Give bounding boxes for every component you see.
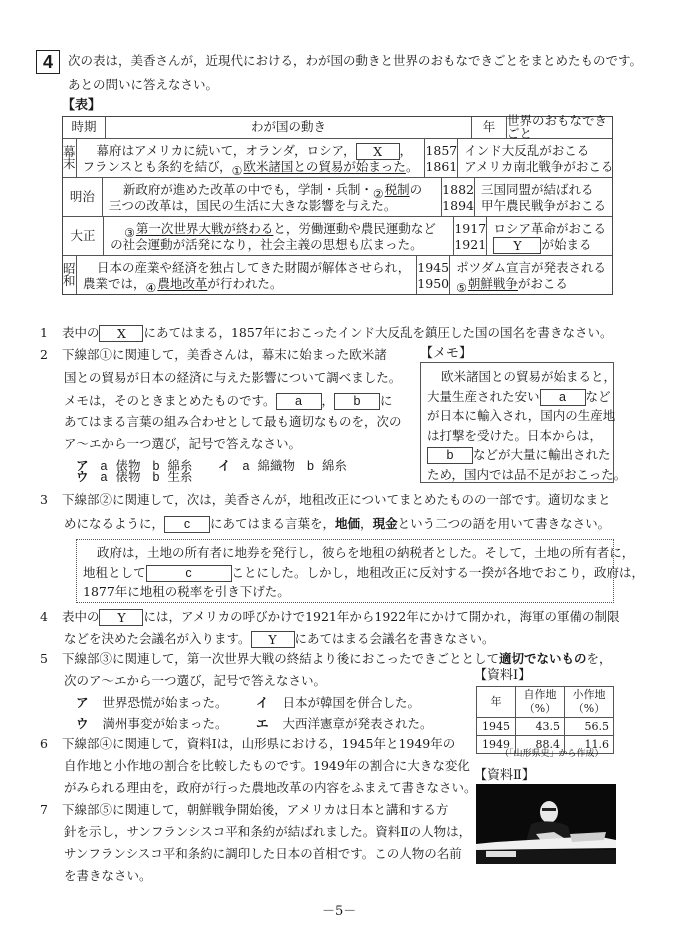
choice-mark: ウ [76, 469, 89, 484]
underline-3: 第一次世界大戦が終わる [136, 221, 274, 236]
header-owner-farmland: 自作地（%） [516, 687, 565, 718]
header-tenant-farmland: 小作地（%） [565, 687, 614, 718]
text: などが大量に輸出された [473, 447, 611, 462]
text: 下線部⑤に関連して，朝鮮戦争開始後，アメリカは日本と講和する方 [62, 802, 448, 817]
text: など [586, 389, 611, 404]
header-world: 世界のおもなできごと [507, 117, 612, 138]
text: 下線部②に関連して，次は，美香さんが，地租改正についてまとめたものの一部です。適… [62, 492, 611, 507]
q-number: 1 [40, 325, 48, 340]
text: 。 [406, 159, 419, 174]
choice-mark: イ [256, 695, 269, 710]
table-row: 1945 43.5 56.5 [477, 718, 614, 736]
year: 1861 [425, 159, 457, 175]
question-2-line-1: 2 下線部①に関連して，美香さんは，幕末に始まった欧米諸 [40, 349, 387, 362]
text: ， [400, 143, 413, 158]
question-2-line-2: 国との貿易が日本の経済に与えた影響について調べました。 [64, 372, 401, 385]
table-row-bakumatsu: 幕末 幕府はアメリカに続いて，オランダ，ロシア，X， フランスとも条約を結び，①… [63, 138, 612, 177]
table-row-showa: 昭和 日本の産業や経済を独占してきた財閥が解体させられ， 農業では，④農地改革が… [63, 255, 612, 294]
blank-c-box: c [164, 516, 210, 533]
blank-c-box: c [146, 565, 232, 582]
intro-line-1: 次の表は，美香さんが，近現代における，わが国の動きと世界のおもなできごとをまとめ… [68, 55, 642, 68]
passage-line: 1877年に地租の税率を引き下げた。 [83, 582, 607, 602]
text: と，労働運動や農民運動など [273, 221, 436, 236]
prime-minister-signing-image [476, 784, 616, 864]
text: 表中の [62, 325, 100, 340]
choice-mark: ア [76, 695, 89, 710]
year: 1921 [454, 237, 486, 253]
q5-choice-u: ウ 満州事変が始まった。 [76, 718, 228, 731]
text: にあてはまる言葉を， [210, 516, 335, 531]
emphasis: 適切でないもの [499, 651, 587, 666]
q-number: 6 [40, 736, 48, 751]
question-4-line-1: 4 表中のYには，アメリカの呼びかけで1921年から1922年にかけて開かれ，海… [40, 609, 619, 626]
underline-4: 農地改革 [157, 276, 207, 291]
header-period: 時期 [63, 117, 106, 138]
year: 1857 [425, 143, 457, 159]
memo-box: 欧米諸国との貿易が始まると， 大量生産された安いaなど が日本に輸入され，国内の… [420, 362, 614, 483]
blank-x-box: X [99, 325, 143, 342]
label: a [101, 470, 108, 484]
q5-choice-a: ア 世界恐慌が始まった。 [76, 697, 228, 710]
world-event: ポツダム宣言が発表される [456, 260, 606, 276]
text: フランスとも条約を結び， [83, 159, 232, 174]
text: に [380, 393, 393, 408]
q-number: 7 [40, 802, 48, 817]
marker-1: ① [232, 164, 243, 178]
question-3-line-1: 3 下線部②に関連して，次は，美香さんが，地租改正についてまとめたものの一部です… [40, 494, 610, 507]
value: 俵物 [115, 469, 140, 484]
memo-line: が日本に輸入され，国内の生産地 [427, 406, 607, 426]
history-table: 時期 わが国の動き 年 世界のおもなできごと 幕末 幕府はアメリカに続いて，オラ… [62, 116, 613, 295]
q-number: 4 [40, 609, 48, 624]
text: メモは，そのときまとめたものです。 [64, 393, 276, 408]
year-cell: 1945 1950 [417, 256, 450, 294]
year: 1945 [417, 260, 449, 276]
world-cell: ポツダム宣言が発表される ⑤朝鮮戦争がおこる [450, 256, 612, 294]
question-7-line-1: 7 下線部⑤に関連して，朝鮮戦争開始後，アメリカは日本と講和する方 [40, 804, 448, 817]
label: a [243, 459, 250, 473]
header-year: 年 [472, 117, 507, 138]
text: 地租として [83, 565, 146, 580]
underline-1: 欧米諸国との貿易が始まった [243, 159, 406, 174]
text: 新政府が進めた改革の中でも，学制・兵制・ [123, 182, 373, 197]
label: b [307, 459, 314, 473]
marker-5: ⑤ [456, 281, 467, 295]
blank-y-box: Y [99, 609, 143, 626]
q2-choice-i: イ a 綿織物 b 綿糸 [218, 460, 347, 473]
resource-2-photo [476, 784, 616, 864]
text: 下線部①に関連して，美香さんは，幕末に始まった欧米諸 [62, 347, 387, 362]
text: の社会運動が活発になり，社会主義の思想も広まった。 [110, 237, 447, 253]
marker-2: ② [373, 187, 384, 201]
value: 綿織物 [257, 458, 295, 473]
text: を， [586, 651, 611, 666]
owner-cell: 43.5 [516, 718, 565, 736]
year-cell: 1882 1894 [442, 178, 475, 216]
choice-text: 大西洋憲章が発表された。 [283, 716, 433, 731]
header-domestic: わが国の動き [106, 117, 472, 138]
passage-line: 政府は，土地の所有者に地券を発行し，彼らを地租の納税者とした。そして，土地の所有… [83, 543, 607, 563]
header-unit: （%） [520, 702, 560, 716]
blank-b-box: b [334, 393, 380, 410]
blank-y-box: Y [493, 237, 541, 254]
choice-text: 満州事変が始まった。 [103, 716, 228, 731]
year: 1894 [442, 198, 474, 214]
world-event: ロシア革命がおこる [493, 221, 606, 237]
table-header-row: 時期 わが国の動き 年 世界のおもなできごと [63, 117, 612, 138]
question-6-line-2: 自作地と小作地の割合を比較したものです。1949年の割合に大きな変化 [64, 760, 470, 773]
text: の [410, 182, 423, 197]
question-5-line-2: 次のア～エから一つ選び，記号で答えなさい。 [64, 675, 326, 688]
text: が行われた。 [207, 276, 282, 291]
tenant-cell: 56.5 [565, 718, 614, 736]
header-text: 自作地 [520, 688, 560, 702]
question-1: 1 表中のXにあてはまる，1857年におこったインド大反乱を鎮圧した国の国名を書… [40, 325, 613, 342]
q5-choice-e: エ 大西洋憲章が発表された。 [256, 718, 433, 731]
memo-label: 【メモ】 [420, 347, 472, 360]
world-cell: インド大反乱がおこる アメリカ南北戦争がおこる [458, 139, 619, 177]
period-cell: 明治 [63, 178, 103, 216]
question-2-line-3: メモは，そのときまとめたものです。a，bに [64, 393, 393, 410]
keyword: 地価 [335, 516, 360, 531]
resource-1-table: 年 自作地（%） 小作地（%） 1945 43.5 56.5 1949 88.4… [476, 686, 614, 754]
table-row-meiji: 明治 新政府が進めた改革の中でも，学制・兵制・②税制の 三つの改革は，国民の生活… [63, 177, 612, 216]
underline-2: 税制 [385, 182, 410, 197]
question-4-line-2: などを決めた会議名が入ります。Yにあてはまる会議名を書きなさい。 [64, 631, 495, 648]
text: が始まる [541, 237, 591, 252]
table-label: 【表】 [62, 99, 101, 112]
year: 1882 [442, 182, 474, 198]
text: 下線部④に関連して，資料Ⅰは，山形県における，1945年と1949年の [62, 736, 455, 751]
intro-line-2: あとの問いに答えなさい。 [68, 79, 218, 92]
value: 綿糸 [322, 458, 347, 473]
label: b [152, 470, 159, 484]
text: 農業では， [83, 276, 146, 291]
q-number: 2 [40, 347, 48, 362]
question-7-line-3: サンフランシスコ平和条約に調印した日本の首相です。この人物の名前 [64, 848, 462, 861]
land-tax-passage-box: 政府は，土地の所有者に地券を発行し，彼らを地租の納税者とした。そして，土地の所有… [76, 539, 614, 603]
memo-line: ため，国内では品不足がおこった。 [427, 465, 607, 485]
text: 日本の産業や経済を独占してきた財閥が解体させられ， [83, 260, 410, 276]
blank-b-box: b [427, 447, 473, 464]
underline-5: 朝鮮戦争 [468, 276, 518, 291]
question-7-line-4: を書きなさい。 [64, 870, 152, 883]
choice-mark: イ [218, 458, 231, 473]
resource-2-label: 【資料Ⅱ】 [474, 769, 535, 782]
question-3-line-2: めになるように，cにあてはまる言葉を，地価，現金という二つの語を用いて書きなさい… [64, 516, 610, 533]
choice-text: 世界恐慌が始まった。 [103, 695, 228, 710]
text: にあてはまる会議名を書きなさい。 [295, 631, 495, 646]
text: などを決めた会議名が入ります。 [64, 631, 251, 646]
question-2-line-5: ア～エから一つ選び，記号で答えなさい。 [64, 438, 301, 451]
choice-mark: ウ [76, 716, 89, 731]
blank-a-box: a [540, 389, 586, 406]
text: 下線部③に関連して，第一次世界大戦の終結より後におこったできごととして [62, 651, 499, 666]
choice-mark: エ [256, 716, 269, 731]
question-number-box: 4 [36, 50, 60, 74]
world-event: 三国同盟が結ばれる [481, 182, 606, 198]
blank-y-box: Y [251, 631, 295, 648]
year-cell: 1857 1861 [425, 139, 458, 177]
marker-4: ④ [146, 281, 157, 295]
question-6-line-3: がみられる理由を，政府が行った農地改革の内容をふまえて書きなさい。 [64, 782, 477, 795]
year-cell: 1917 1921 [454, 217, 487, 255]
marker-3: ③ [124, 226, 135, 240]
choice-text: 日本が韓国を併合した。 [283, 695, 421, 710]
text: 表中の [62, 609, 100, 624]
question-7-line-2: 針を示し，サンフランシスコ平和条約が結ばれました。資料Ⅱの人物は， [64, 826, 471, 839]
world-cell: 三国同盟が結ばれる 甲午農民戦争がおこる [475, 178, 612, 216]
year-cell: 1945 [477, 718, 516, 736]
text: ， [322, 393, 335, 408]
domestic-cell: 幕府はアメリカに続いて，オランダ，ロシア，X， フランスとも条約を結び，①欧米諸… [77, 139, 426, 177]
period-cell: 幕末 [63, 139, 77, 177]
blank-x-box: X [356, 143, 400, 160]
domestic-cell: ③第一次世界大戦が終わると，労働運動や農民運動など の社会運動が活発になり，社会… [104, 217, 454, 255]
resource-1-label: 【資料Ⅰ】 [474, 669, 531, 682]
keyword: 現金 [373, 516, 398, 531]
year: 1950 [417, 276, 449, 292]
year: 1917 [454, 221, 486, 237]
text: という二つの語を用いて書きなさい。 [398, 516, 611, 531]
text: がおこる [518, 276, 568, 291]
text: めになるように， [64, 516, 164, 531]
blank-a-box: a [276, 393, 322, 410]
question-5-line-1: 5 下線部③に関連して，第一次世界大戦の終結より後におこったできごととして適切で… [40, 653, 611, 666]
text: 三つの改革は，国民の生活に大きな影響を与えた。 [109, 198, 435, 214]
period-cell: 昭和 [63, 256, 77, 294]
memo-line: は打撃を受けた。日本からは， [427, 426, 607, 446]
text: ， [360, 516, 373, 531]
page-number: －5－ [322, 905, 356, 918]
q-number: 3 [40, 492, 48, 507]
header-unit: （%） [569, 702, 609, 716]
text: ことにした。しかし，地租改正に反対する一揆が各地でおこり，政府は， [232, 565, 645, 580]
header-text: 小作地 [569, 688, 609, 702]
table-row-taisho: 大正 ③第一次世界大戦が終わると，労働運動や農民運動など の社会運動が活発になり… [63, 216, 612, 255]
world-event: 甲午農民戦争がおこる [481, 198, 606, 214]
world-event: インド大反乱がおこる [464, 143, 613, 159]
domestic-cell: 新政府が進めた改革の中でも，学制・兵制・②税制の 三つの改革は，国民の生活に大き… [103, 178, 442, 216]
question-6-line-1: 6 下線部④に関連して，資料Ⅰは，山形県における，1945年と1949年の [40, 738, 455, 751]
header-year: 年 [477, 687, 516, 718]
q5-choice-i: イ 日本が韓国を併合した。 [256, 697, 420, 710]
q-number: 5 [40, 651, 48, 666]
domestic-cell: 日本の産業や経済を独占してきた財閥が解体させられ， 農業では，④農地改革が行われ… [77, 256, 417, 294]
text: にあてはまる，1857年におこったインド大反乱を鎮圧した国の国名を書きなさい。 [143, 325, 612, 340]
question-2-line-4: あてはまる言葉の組み合わせとして最も適切なものを，次の [64, 416, 402, 429]
memo-line: 欧米諸国との貿易が始まると， [427, 367, 607, 387]
world-event: アメリカ南北戦争がおこる [464, 159, 613, 175]
period-cell: 大正 [63, 217, 104, 255]
q2-choice-u-item: ウ a 俵物 b 生糸 [76, 471, 192, 484]
value: 生糸 [167, 469, 192, 484]
text: には，アメリカの呼びかけで1921年から1922年にかけて開かれ，海軍の軍備の制… [143, 609, 619, 624]
resource-1-source: （「山形県史」から作成） [500, 750, 604, 759]
world-cell: ロシア革命がおこる Yが始まる [487, 217, 612, 255]
text: 大量生産された安い [427, 389, 540, 404]
text: 幕府はアメリカに続いて，オランダ，ロシア， [97, 143, 356, 158]
